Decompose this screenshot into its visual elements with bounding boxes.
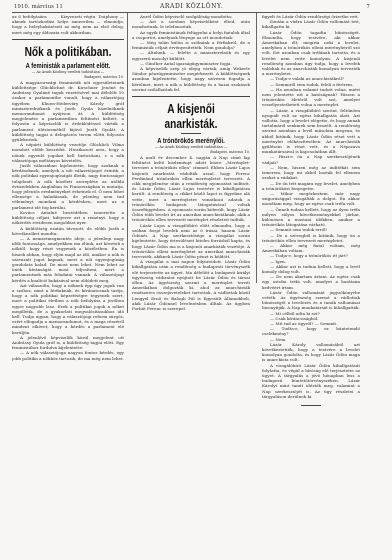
newspaper-title: ARADI KÖZLÖNY. bbox=[160, 3, 223, 10]
article-paragraph: A magyarországi feministák női egyesület… bbox=[12, 80, 124, 142]
article-separator bbox=[132, 96, 250, 97]
article-paragraph: — A nők választójoga nagyon fontos kérdé… bbox=[12, 350, 124, 360]
article-headline: A kisjenői anarkisták. bbox=[145, 101, 237, 131]
article-paragraph: A jelenlévő képviselők közül megjelent o… bbox=[12, 335, 124, 351]
issue-date: 1910. március 11 bbox=[14, 4, 63, 10]
article-paragraph: — A nemzetmegmentés ideje, a jelenlegi n… bbox=[12, 236, 124, 283]
article-end-rule bbox=[301, 405, 321, 406]
article-paragraph: A küldöttség ezután távozott, de előbb J… bbox=[12, 226, 124, 236]
column-2: Aurél Ödön képviselő szolgálóság mondott… bbox=[132, 14, 250, 554]
article-paragraph: Azt válaszolta, hogy a nőknek épp úgy jo… bbox=[12, 283, 124, 335]
dialogue-line: — Mikor megérkeztem, már nagy szigorúság… bbox=[262, 191, 360, 207]
column-3: figyelt és Lázár Ödön rendőrségi őrizetb… bbox=[262, 14, 360, 554]
continuation-paragraph: — Általunk. — felelte a miniszterelnök é… bbox=[132, 50, 250, 60]
dialogue-line: — De nem akartam ártani. Az egész csak e… bbox=[262, 274, 360, 290]
header-rule bbox=[12, 12, 360, 13]
headline-rule bbox=[181, 133, 201, 134]
continuation-paragraph: — Még talán külön is szólnánk a férfiakr… bbox=[132, 40, 250, 50]
intro-paragraph: az ő befolyására . . . . Kizyvezeti végt… bbox=[12, 14, 124, 35]
article-paragraph: Lázár Lajos a vizsgálóbíró előtt elmondt… bbox=[132, 223, 250, 259]
article-headline: Nők a politikában. bbox=[24, 44, 111, 59]
dialogue-line: — Hiszi-e ön a Nap szerkesztőjének vádja… bbox=[262, 154, 360, 164]
page-number: 7 bbox=[366, 4, 370, 10]
page-header: 1910. március 11 ARADI KÖZLÖNY. 7 bbox=[0, 0, 392, 12]
continuation-paragraph: Az egyik feministának felügyelni a helyi… bbox=[132, 30, 250, 40]
dialogue-line: — De ön tett magára egy levelet, amelybe… bbox=[262, 181, 360, 191]
column-divider-1 bbox=[127, 13, 128, 313]
article-paragraph: A mult év december 4. napján A Nap című … bbox=[132, 155, 250, 223]
continuation-paragraph: — Azt a sorsban képviselőként élted, utá… bbox=[132, 19, 250, 29]
dialogue-line: — Tudta-e, hogy ez büntetendő cselekmény… bbox=[262, 326, 360, 336]
article-paragraph: Ezután a vádra Lázár Ödön vallomást tett… bbox=[262, 19, 360, 29]
dialogue-line: — Tudja-e, hogy a trónörökös itt járt? bbox=[262, 253, 360, 258]
article-separator bbox=[12, 39, 124, 40]
continuation-paragraph: A képviselők szép jó idejig vártak, amíg… bbox=[132, 66, 250, 92]
column-divider-2 bbox=[256, 13, 257, 283]
dialogue-line: — Önnek tudnia kellett, hogy az ilyen tr… bbox=[262, 207, 360, 228]
article-paragraph: A vizsgálóbíró Lázár Ödön kihallgatását … bbox=[262, 363, 360, 399]
dialogue-line: — Ha azonban valamit tudott volna, miért… bbox=[262, 87, 360, 108]
article-paragraph: A nőpárti küldöttség vezetője Glücklich … bbox=[12, 142, 124, 163]
dialogue-line: — Akkor még fiatal voltam, még Amerikába… bbox=[262, 243, 360, 253]
dialogue-line: — Akkor azt is tudnia kellett, hogy a le… bbox=[262, 264, 360, 274]
article-paragraph: A vizsgálat a mai napon folytatódott. Lá… bbox=[132, 259, 250, 311]
article-paragraph: Kovács Antalné beszédében ismertette a k… bbox=[12, 210, 124, 226]
article-paragraph: Justh válaszában kijelentette, hogy azok… bbox=[12, 163, 124, 210]
article-subheadline: A feministák a parlament előtt. bbox=[24, 61, 111, 70]
dialogue-line: — De a szövegből is kitűnik, hogy ön a t… bbox=[262, 233, 360, 243]
article-paragraph: Lázár Ödön vallomását jegyzőkönyvbe vett… bbox=[262, 290, 360, 311]
article-paragraph: Lázár Ödön tagadta bűnösségét. Elmondta,… bbox=[262, 30, 360, 77]
article-paragraph: Lázár Károly vallomásából azt következte… bbox=[262, 342, 360, 363]
article-subheadline: A trónörökös merénylői. bbox=[145, 136, 237, 145]
column-1: az ő befolyására . . . . Kizyvezeti végt… bbox=[12, 14, 124, 554]
dialogue-line: — Nem, hiszen még az indítékát sem ismer… bbox=[262, 165, 360, 181]
dialogue-line: — Lázár, a vizsgálóbíró szerint, feltűnő… bbox=[262, 108, 360, 155]
